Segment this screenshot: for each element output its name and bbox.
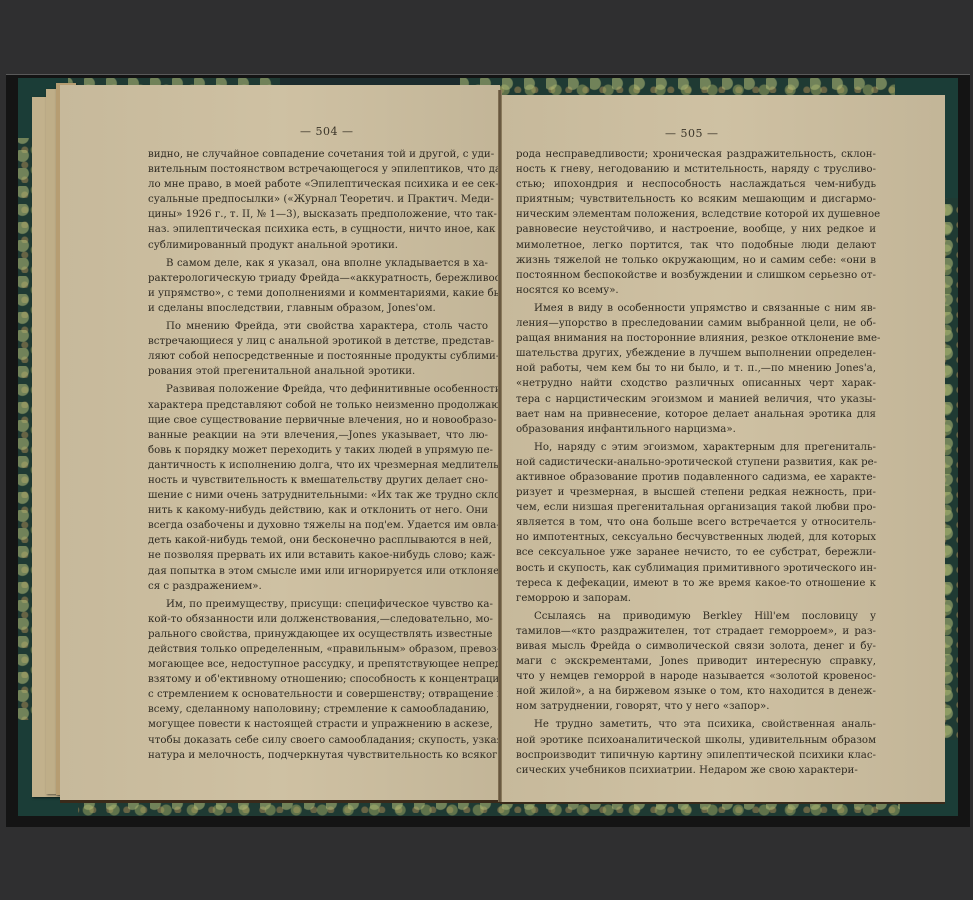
text-line: стью; ипохондрия и неспособность наслажд… (516, 177, 876, 192)
text-line: цины» 1926 г., т. II, № 1—3), высказать … (148, 207, 488, 222)
text-line: активное образование против подавленного… (516, 470, 876, 485)
text-line: нить к какому-нибудь действию, как и отк… (148, 503, 488, 518)
text-line: ления—упорство в преследовании самим выб… (516, 316, 876, 331)
text-line: постоянном беспокойстве и возбуждении и … (516, 268, 876, 283)
page-number-left: — 504 — (300, 125, 354, 138)
text-line: все сексуальное уже заранее нечисто, то … (516, 545, 876, 560)
paragraph: Им, по преимуществу, присущи: специфичес… (148, 597, 488, 763)
text-line: сических учебников психиатрии. Недаром ж… (516, 763, 876, 778)
text-line: характера представляют собой не только н… (148, 398, 488, 413)
text-line: приятным; чувствительность ко всяким меш… (516, 192, 876, 207)
text-line: с стремлением к основательности и соверш… (148, 687, 488, 702)
paragraph: рода несправедливости; хроническая раздр… (516, 147, 876, 298)
paragraph: Но, наряду с этим эгоизмом, характерным … (516, 440, 876, 606)
text-line: могающее все, недоступное рассудку, и пр… (148, 657, 488, 672)
text-line: Развивая положение Фрейда, что дефинитив… (148, 382, 488, 397)
text-line: Но, наряду с этим эгоизмом, характерным … (516, 440, 876, 455)
paragraph: видно, не случайное совпадение сочетания… (148, 147, 488, 253)
text-line: Им, по преимуществу, присущи: специфичес… (148, 597, 488, 612)
text-line: ность к гневу, негодованию и мстительнос… (516, 162, 876, 177)
left-page: — 504 — видно, не случайное совпадение с… (60, 85, 500, 803)
text-line: геморрою и запорам. (516, 591, 876, 606)
text-line: бовь к порядку может переходить у таких … (148, 443, 488, 458)
text-line: ся с раздражением». (148, 579, 488, 594)
text-line: рода несправедливости; хроническая раздр… (516, 147, 876, 162)
text-line: ном затруднении, говорят, что у него «за… (516, 699, 876, 714)
text-line: ной жилой», а на биржевом языке о том, к… (516, 684, 876, 699)
text-line: видно, не случайное совпадение сочетания… (148, 147, 488, 162)
text-line: вительным постоянством встречающегося у … (148, 162, 488, 177)
text-line: что у немцев геморрой в народе называетс… (516, 669, 876, 684)
text-line: ванные реакции на эти влечения,—Jones ук… (148, 428, 488, 443)
text-line: дантичность к исполнению долга, что их ч… (148, 458, 488, 473)
left-page-text: видно, не случайное совпадение сочетания… (148, 147, 488, 766)
text-line: не позволяя прервать их или вставить как… (148, 548, 488, 563)
paragraph: В самом деле, как я указал, она вполне у… (148, 256, 488, 316)
paragraph: Не трудно заметить, что эта психика, сво… (516, 717, 876, 777)
text-line: но импотентных, сексуально бесчувственны… (516, 530, 876, 545)
text-line: ной эротике психоаналитической школы, уд… (516, 733, 876, 748)
text-line: мимолетное, легко портится, так что подо… (516, 238, 876, 253)
text-line: всему, сделанному наполовину; стремление… (148, 702, 488, 717)
text-line: наз. эпилептическая психика есть, в сущн… (148, 222, 488, 237)
text-line: «нетрудно найти сходство различных описа… (516, 376, 876, 391)
text-line: ническим элементам положения, вследствие… (516, 207, 876, 222)
text-line: Не трудно заметить, что эта психика, сво… (516, 717, 876, 732)
text-line: ляют собой непосредственные и постоянные… (148, 349, 488, 364)
text-line: рального свойства, принуждающее их осуще… (148, 627, 488, 642)
paragraph: Развивая положение Фрейда, что дефинитив… (148, 382, 488, 593)
text-line: жизнь тяжелой не только окружающим, но и… (516, 253, 876, 268)
book-gutter (498, 90, 502, 802)
text-line: щие свое существование первичные влечени… (148, 413, 488, 428)
text-line: воспроизводит типичную картину эпилептич… (516, 748, 876, 763)
paragraph: Ссылаясь на приводимую Berkley Hill'ем п… (516, 609, 876, 715)
text-line: тамилов—«кто раздражителен, тот страдает… (516, 624, 876, 639)
text-line: ло мне право, в моей работе «Эпилептичес… (148, 177, 488, 192)
paragraph: Имея в виду в особенности упрямство и св… (516, 301, 876, 437)
page-number-right: — 505 — (665, 127, 719, 140)
text-line: Имея в виду в особенности упрямство и св… (516, 301, 876, 316)
text-line: могущее повести к настоящей страсти и уп… (148, 717, 488, 732)
text-line: В самом деле, как я указал, она вполне у… (148, 256, 488, 271)
text-line: является в том, что она больше всего вст… (516, 515, 876, 530)
text-line: образования инфантильного нарцизма». (516, 422, 876, 437)
text-line: суальные предпосылки» («Журнал Теоретич.… (148, 192, 488, 207)
text-line: всегда озабочены и духовно тяжелы на под… (148, 518, 488, 533)
text-line: ность и чувствительность к вмешательству… (148, 473, 488, 488)
text-line: тера с нарцистическим эгоизмом и манией … (516, 392, 876, 407)
text-line: чем, если низшая прегенитальная организа… (516, 500, 876, 515)
text-line: шение с ними очень затруднительными: «Их… (148, 488, 488, 503)
text-line: равновесие неустойчиво, и настроение, во… (516, 222, 876, 237)
text-line: действия только определенным, «правильны… (148, 642, 488, 657)
text-line: и упрямство», с теми дополнениями и комм… (148, 286, 488, 301)
text-line: ной работы, чем кем бы то ни было, и т. … (516, 361, 876, 376)
text-line: дая попытка в этом смысле ими или игнори… (148, 564, 488, 579)
text-line: шательства других, убеждение в лучшем вы… (516, 346, 876, 361)
text-line: и сделаны впоследствии, главным образом,… (148, 301, 488, 316)
text-line: чтобы доказать себе силу своего самообла… (148, 733, 488, 748)
text-line: ращая внимания на посторонние влияния, р… (516, 331, 876, 346)
text-line: сублимированный продукт анальной эротики… (148, 238, 488, 253)
text-line: По мнению Фрейда, эти свойства характера… (148, 319, 488, 334)
text-line: вает нам на привнесение, которое делает … (516, 407, 876, 422)
text-line: рактерологическую триаду Фрейда—«аккурат… (148, 271, 488, 286)
right-page-text: рода несправедливости; хроническая раздр… (516, 147, 876, 781)
text-line: ной садистически-анально-эротической сту… (516, 455, 876, 470)
text-line: тереса к дефекации, имеют в то же время … (516, 576, 876, 591)
text-line: вость и скупость, как сублимация примити… (516, 561, 876, 576)
text-line: Ссылаясь на приводимую Berkley Hill'ем п… (516, 609, 876, 624)
text-line: встречающиеся у лиц с анальной эротикой … (148, 334, 488, 349)
text-line: кой-то обязанности или долженствования,—… (148, 612, 488, 627)
text-line: деть какой-нибудь темой, они бесконечно … (148, 533, 488, 548)
right-page: — 505 — рода несправедливости; хроническ… (500, 95, 945, 804)
text-line: натура и мелочность, подчеркнутая чувств… (148, 748, 488, 763)
text-line: ризует и чрезмерная, в высшей степени ре… (516, 485, 876, 500)
text-line: взятому и об'ективному отношению; способ… (148, 672, 488, 687)
text-line: вивая мысль Фрейда о символической связи… (516, 639, 876, 654)
text-line: рования этой прегенитальной анальной эро… (148, 364, 488, 379)
text-line: маги с экскрементами, Jones приводит инт… (516, 654, 876, 669)
paragraph: По мнению Фрейда, эти свойства характера… (148, 319, 488, 379)
text-line: носятся ко всему». (516, 283, 876, 298)
